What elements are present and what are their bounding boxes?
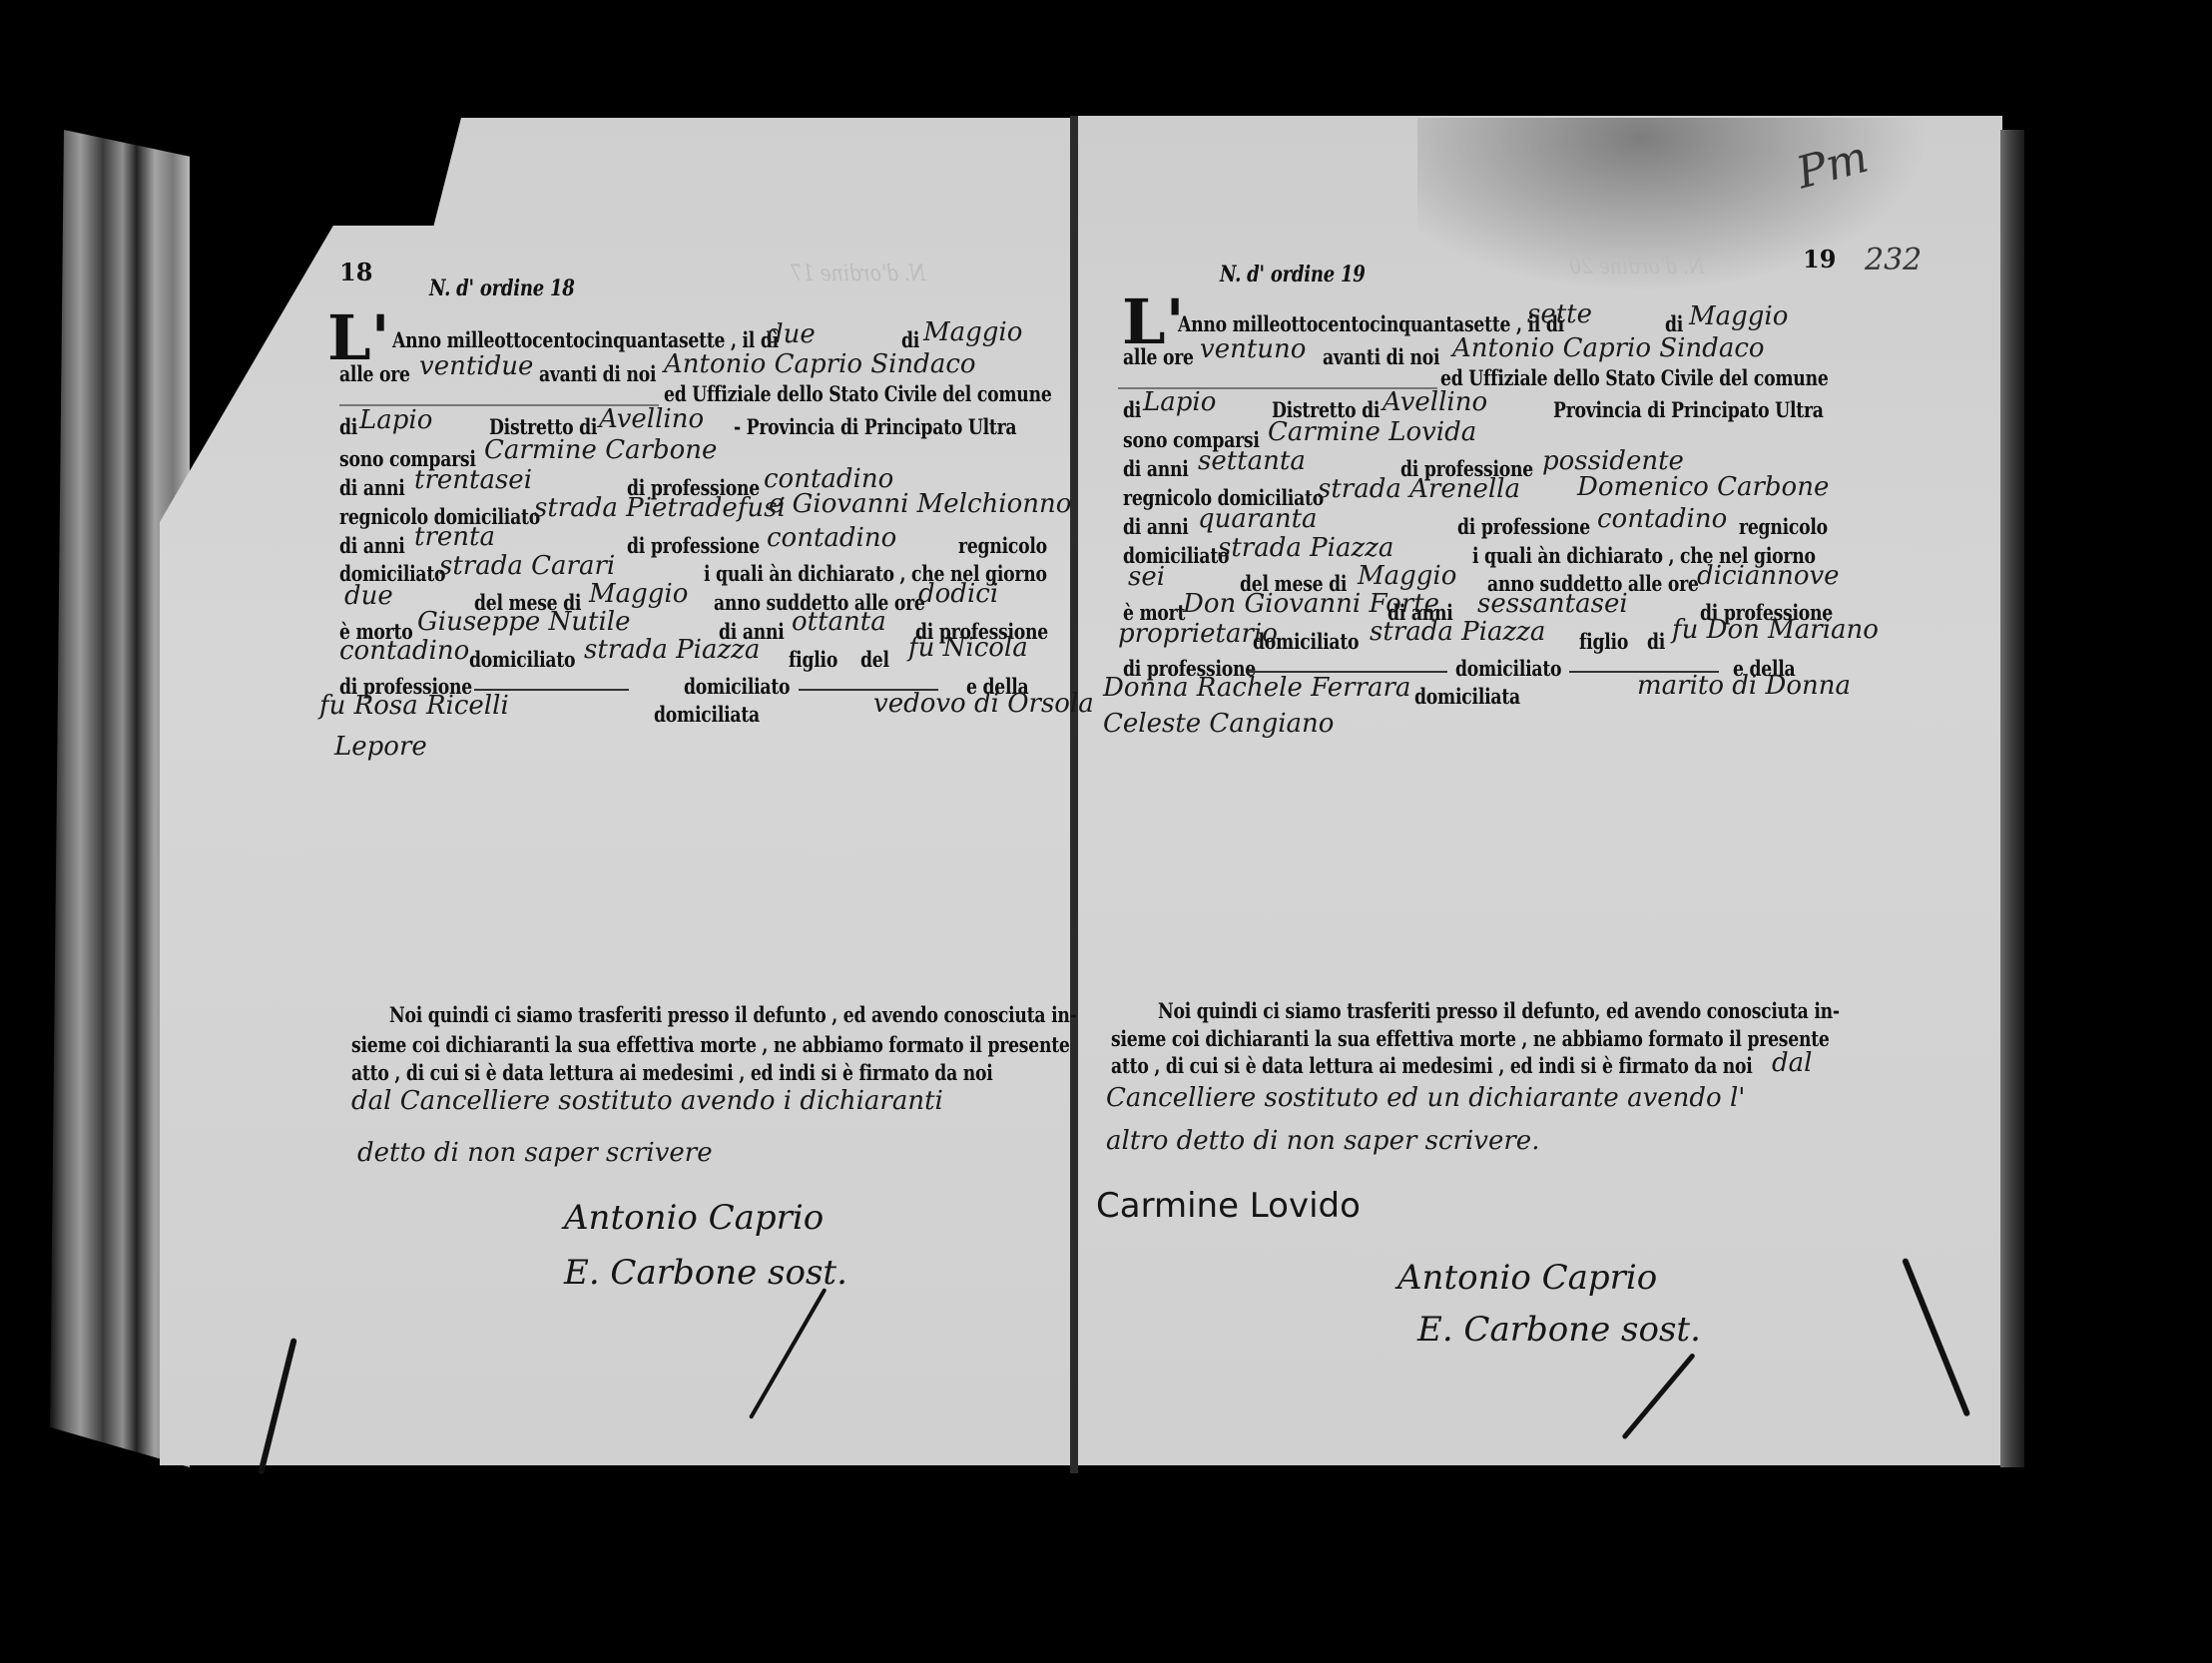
printed-text: figlio [789,647,837,672]
printed-text: di [1647,629,1665,654]
printed-text: di professione [627,533,760,558]
handwritten-closing: Cancelliere sostituto ed un dichiarante … [1106,1083,1745,1113]
handwritten-father: fu Nicola [908,633,1028,663]
handwritten-death-hour: dodici [918,579,998,609]
drop-cap: L' [327,307,390,369]
handwritten-marital-status: marito di Donna [1637,671,1851,701]
signature-clerk: E. Carbone sost. [564,1253,847,1293]
handwritten-declarant2-address: strada Carari [439,551,615,581]
handwritten-deceased-profession: contadino [339,636,469,666]
printed-text: domiciliato [469,647,575,672]
page-number: 18 [339,258,372,286]
printed-text: Provincia di Principato Ultra [1553,397,1824,422]
signature-declarant: Carmine Lovido [1096,1186,1361,1226]
printed-text: di [1123,397,1141,422]
handwritten-death-day: sei [1128,562,1165,592]
handwritten-declarant2-address: strada Piazza [1218,533,1393,563]
handwritten-official: Antonio Caprio Sindaco [1452,333,1765,363]
printed-text: di anni [339,475,405,500]
book-spine [1070,116,1078,1473]
handwritten-declarant1-address: strada Arenella [1318,474,1520,504]
bleed-through-header: N. d'ordine 20 [1569,255,1704,279]
handwritten-closing: dal Cancelliere sostituto avendo i dichi… [351,1086,943,1116]
handwritten-hour: ventuno [1200,334,1306,364]
printed-text: regnicolo [1739,514,1828,539]
handwritten-declarant1-address: strada Pietradefusi [534,493,786,523]
signature-mayor: Antonio Caprio [564,1198,824,1238]
handwritten-declarant1-age: trentasei [414,465,532,495]
handwritten-declarant2-name: e Giovanni Melchionno [769,489,1071,519]
order-number-label: N. d' ordine 18 [429,276,575,301]
page-stain [1417,118,1976,317]
closing-text: Noi quindi ci siamo trasferiti presso il… [389,1002,1077,1027]
handwritten-closing: dal [1772,1048,1812,1078]
handwritten-death-month: Maggio [589,579,688,609]
printed-text: domiciliato [1455,656,1561,681]
handwritten-hour: ventidue [419,351,533,381]
printed-text: avanti di noi [1323,344,1439,369]
handwritten-death-month: Maggio [1358,561,1456,591]
handwritten-deceased-address: strada Piazza [1370,617,1545,647]
printed-text: ed Uffiziale dello Stato Civile del comu… [664,381,1052,406]
handwritten-comune: Lapio [359,405,432,435]
printed-text: di anni [1123,514,1189,539]
handwritten-mother: fu Rosa Ricelli [319,691,509,721]
closing-text: Noi quindi ci siamo trasferiti presso il… [1158,998,1840,1023]
handwritten-declarant2-profession: contadino [1597,504,1727,534]
printed-text: di anni [1123,456,1189,481]
handwritten-comune: Lapio [1143,387,1216,417]
handwritten-month: Maggio [923,317,1022,347]
handwritten-distretto: Avellino [599,404,704,434]
printed-text: alle ore [339,361,410,386]
handwritten-declarant2-age: quaranta [1198,504,1318,534]
book-right-edge [2000,130,2024,1467]
page-number: 19 [1803,245,1836,274]
printed-text: del [860,647,889,672]
handwritten-distretto: Avellino [1382,387,1487,417]
printed-text: alle ore [1123,344,1194,369]
handwritten-official: Antonio Caprio Sindaco [664,349,976,379]
handwritten-marital-status: vedovo di Orsola [873,689,1094,719]
folio-number: 232 [1865,243,1922,277]
signature-clerk: E. Carbone sost. [1417,1310,1701,1350]
closing-text: sieme coi dichiaranti la sua effettiva m… [1111,1026,1830,1051]
printed-text: di professione [1457,514,1590,539]
handwritten-declarant2-age: trenta [414,522,495,552]
handwritten-month: Maggio [1689,301,1788,331]
printed-text: domiciliato [1253,629,1359,654]
handwritten-declarant1-age: settanta [1198,446,1306,476]
printed-text: domiciliata [1414,684,1520,709]
printed-text: di anni [339,533,405,558]
order-number-label: N. d' ordine 19 [1220,262,1366,287]
handwritten-deceased-address: strada Piazza [584,635,760,665]
printed-text: domiciliata [654,702,760,727]
handwritten-closing: altro detto di non saper scrivere. [1106,1126,1539,1156]
closing-text: atto , di cui si è data lettura ai medes… [1111,1053,1753,1078]
printed-text: ed Uffiziale dello Stato Civile del comu… [1440,365,1829,390]
handwritten-mother: Donna Rachele Ferrara [1103,673,1410,703]
handwritten-death-hour: diciannove [1697,561,1840,591]
printed-text: avanti di noi [539,361,656,386]
signature-mayor: Antonio Caprio [1397,1258,1657,1298]
handwritten-marital-continued: Lepore [334,732,427,762]
closing-text: atto , di cui si è data lettura ai medes… [351,1060,993,1085]
handwritten-day: due [767,319,816,349]
closing-text: sieme coi dichiaranti la sua effettiva m… [351,1032,1070,1057]
handwritten-declarant1-name: Carmine Lovida [1268,417,1476,447]
printed-text: figlio [1579,629,1628,654]
handwritten-declarant1-name: Carmine Carbone [484,435,717,465]
handwritten-death-day: due [344,581,393,611]
bleed-through-header: N. d'ordine 17 [791,262,925,286]
printed-text: - Provincia di Principato Ultra [734,414,1016,439]
handwritten-declarant2-profession: contadino [767,523,896,553]
handwritten-declarant2-name: Domenico Carbone [1577,472,1829,502]
printed-text: regnicolo [958,533,1047,558]
handwritten-marital-continued: Celeste Cangiano [1103,709,1334,739]
handwritten-father: fu Don Mariano [1672,615,1879,645]
handwritten-day: sette [1527,299,1592,329]
handwritten-deceased-name: Giuseppe Nutile [417,607,630,637]
handwritten-closing: detto di non saper scrivere [357,1138,713,1168]
printed-text: di [339,414,357,439]
handwritten-deceased-age: ottanta [792,607,886,637]
handwritten-deceased-age: sessantasei [1477,589,1628,619]
printed-text: domiciliato [684,674,790,699]
